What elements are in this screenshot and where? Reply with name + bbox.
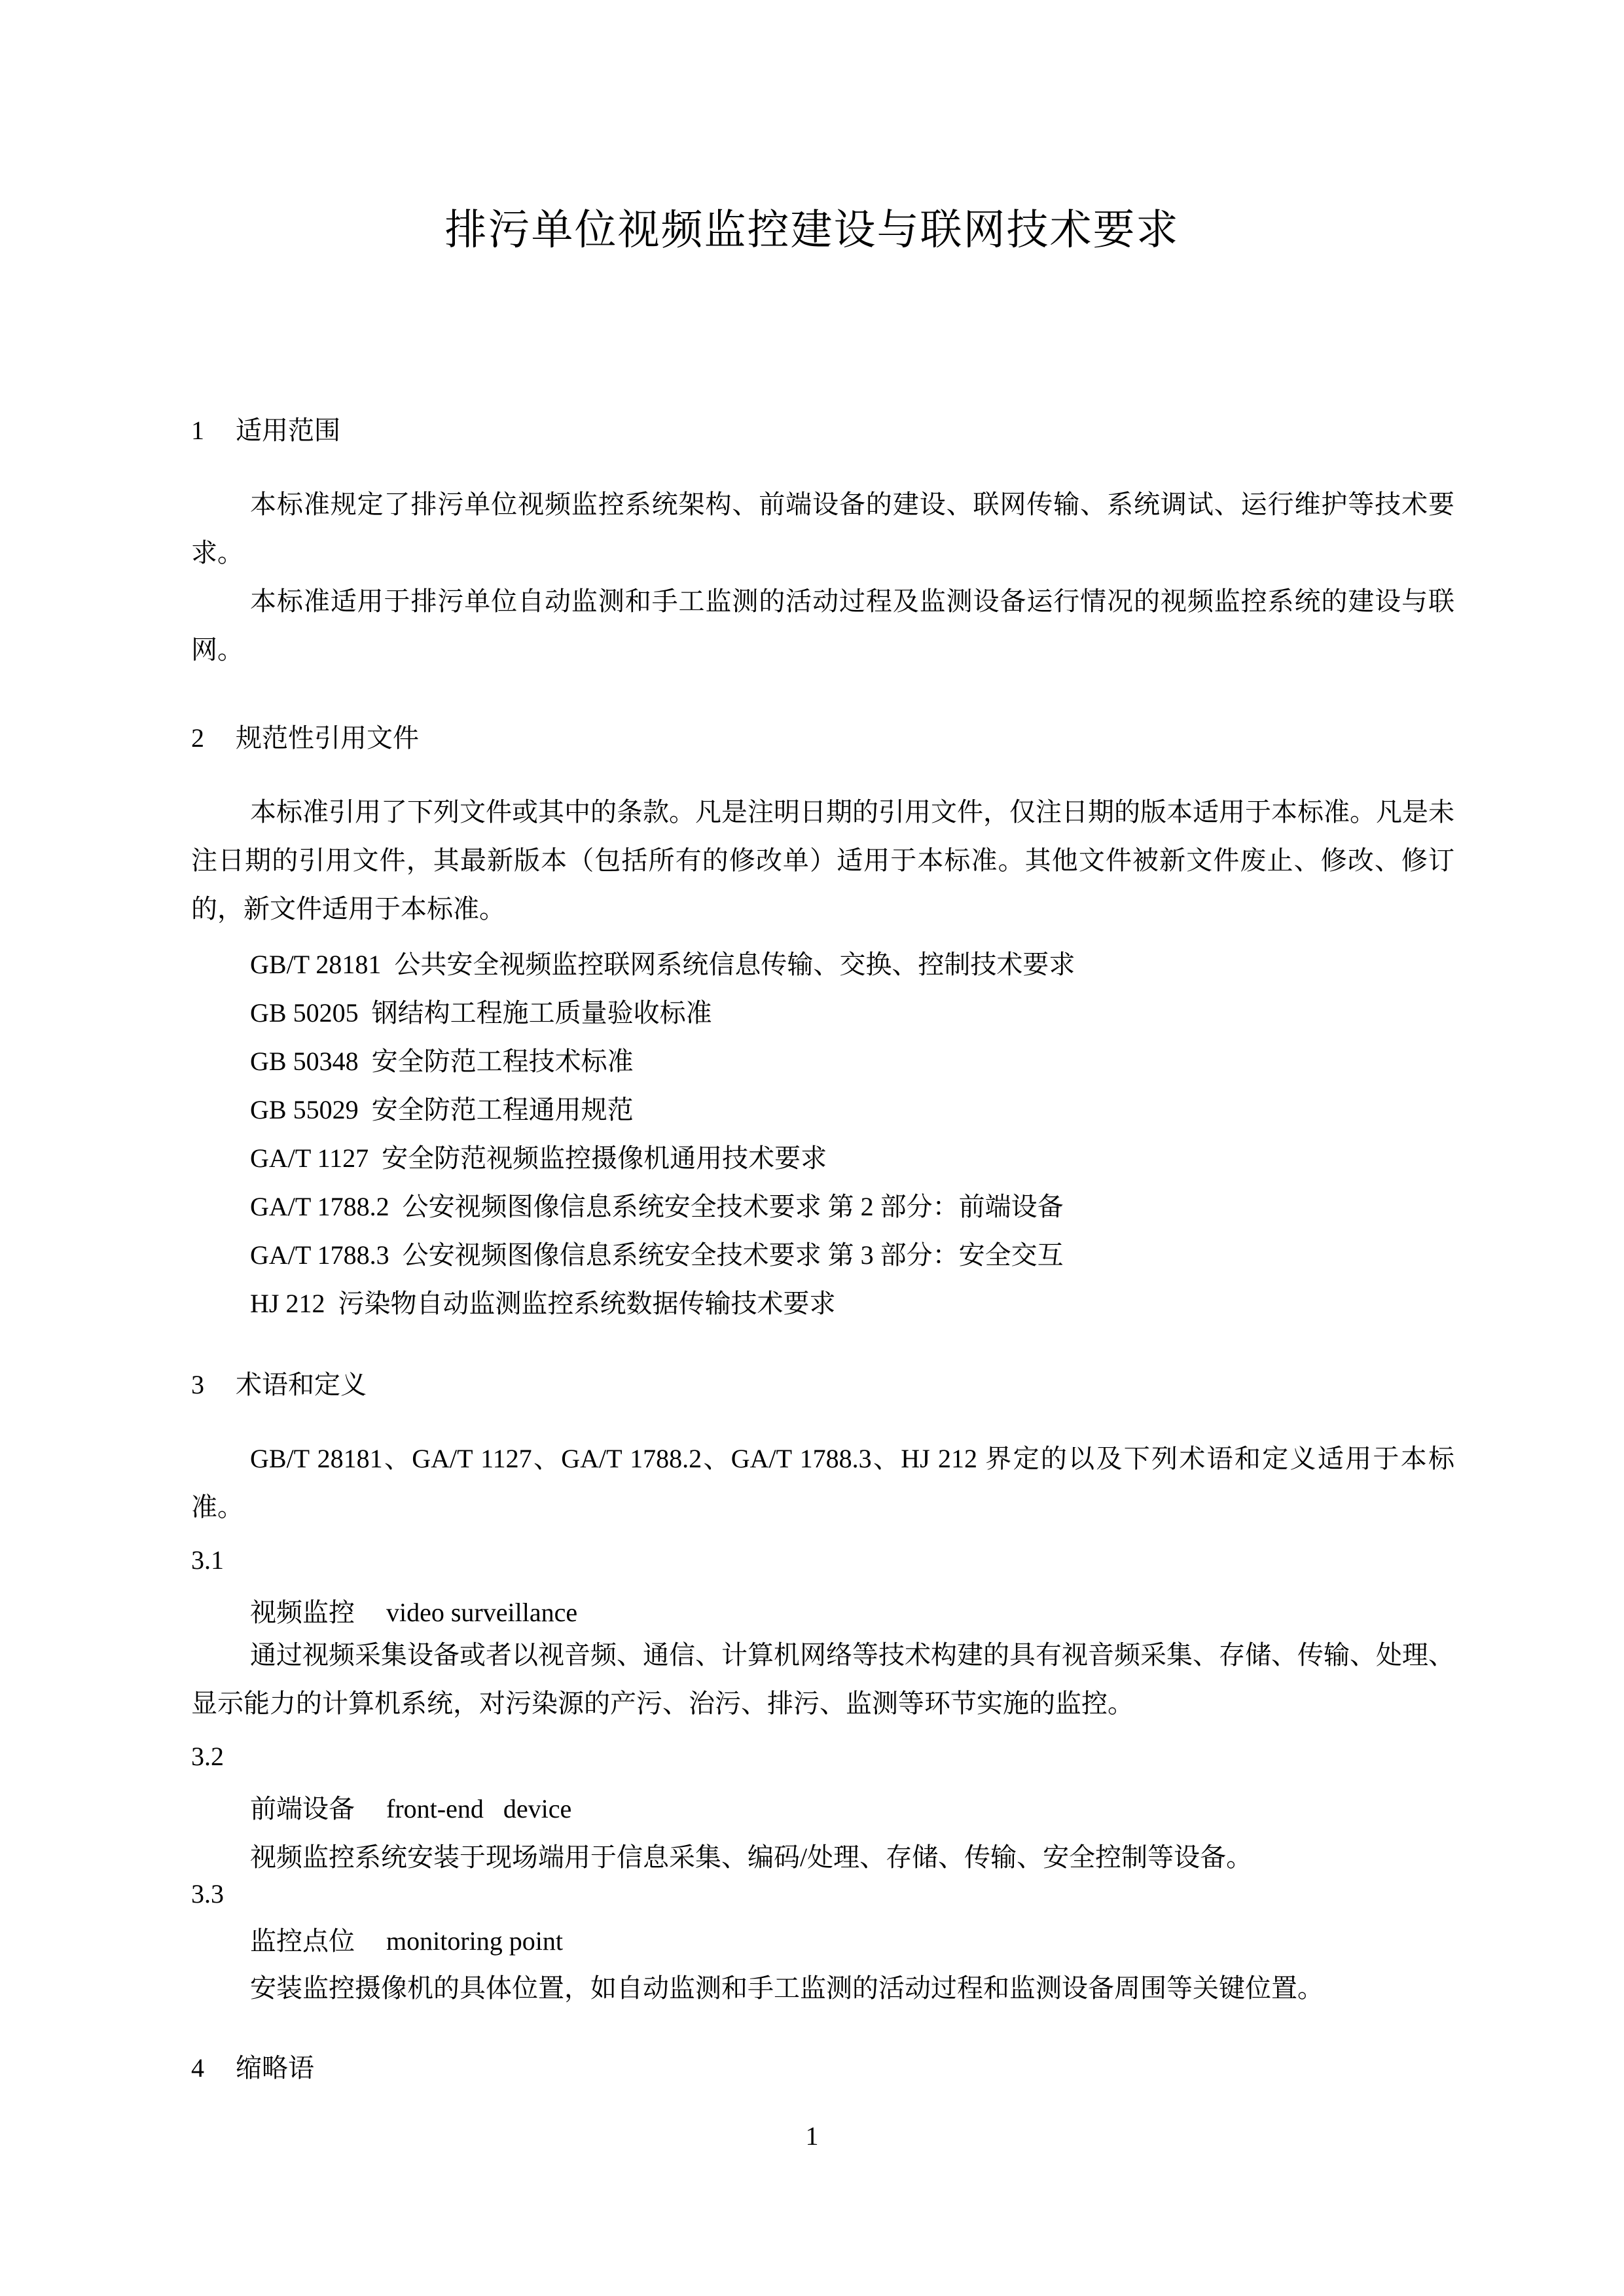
- paragraph: 本标准规定了排污单位视频监控系统架构、前端设备的建设、联网传输、系统调试、运行维…: [191, 480, 1454, 577]
- reference-item: GB 50205 钢结构工程施工质量验收标准: [250, 992, 712, 1030]
- term-definition: 安装监控摄像机的具体位置，如自动监测和手工监测的活动过程和监测设备周围等关键位置…: [250, 1967, 1324, 2005]
- section-number: 4: [191, 2053, 236, 2083]
- section-title: 缩略语: [236, 2053, 314, 2083]
- section-title: 术语和定义: [236, 1370, 367, 1400]
- section-2-heading: 2规范性引用文件: [191, 717, 419, 755]
- page-number: 1: [0, 2121, 1624, 2151]
- paragraph: GB/T 28181、GA/T 1127、GA/T 1788.2、GA/T 17…: [191, 1435, 1454, 1532]
- section-4-heading: 4缩略语: [191, 2047, 314, 2085]
- term-number: 3.3: [191, 1878, 224, 1909]
- reference-item: GB 55029 安全防范工程通用规范: [250, 1089, 634, 1126]
- term-number: 3.1: [191, 1545, 224, 1575]
- paragraph: 本标准适用于排污单位自动监测和手工监测的活动过程及监测设备运行情况的视频监控系统…: [191, 577, 1454, 674]
- reference-item: GA/T 1788.2 公安视频图像信息系统安全技术要求 第 2 部分：前端设备: [250, 1186, 1064, 1223]
- term-heading: 视频监控video surveillance: [250, 1592, 577, 1629]
- term-heading: 监控点位monitoring point: [250, 1920, 563, 1958]
- reference-item: GB 50348 安全防范工程技术标准: [250, 1041, 634, 1078]
- term-definition: 通过视频采集设备或者以视音频、通信、计算机网络等技术构建的具有视音频采集、存储、…: [191, 1631, 1454, 1728]
- term-heading: 前端设备front-end device: [250, 1788, 571, 1825]
- section-number: 1: [191, 415, 236, 446]
- document-title: 排污单位视频监控建设与联网技术要求: [0, 196, 1624, 257]
- section-1-heading: 1适用范围: [191, 410, 340, 447]
- reference-item: GA/T 1788.3 公安视频图像信息系统安全技术要求 第 3 部分：安全交互: [250, 1234, 1064, 1272]
- section-title: 规范性引用文件: [236, 723, 419, 753]
- section-number: 3: [191, 1369, 236, 1400]
- term-definition: 视频监控系统安装于现场端用于信息采集、编码/处理、存储、传输、安全控制等设备。: [250, 1837, 1252, 1874]
- section-number: 2: [191, 723, 236, 753]
- term-number: 3.2: [191, 1741, 224, 1772]
- paragraph: 本标准引用了下列文件或其中的条款。凡是注明日期的引用文件，仅注日期的版本适用于本…: [191, 788, 1454, 933]
- reference-item: GB/T 28181 公共安全视频监控联网系统信息传输、交换、控制技术要求: [250, 944, 1075, 981]
- reference-item: HJ 212 污染物自动监测监控系统数据传输技术要求: [250, 1283, 835, 1320]
- section-title: 适用范围: [236, 416, 340, 446]
- section-3-heading: 3术语和定义: [191, 1364, 367, 1401]
- reference-item: GA/T 1127 安全防范视频监控摄像机通用技术要求: [250, 1138, 827, 1175]
